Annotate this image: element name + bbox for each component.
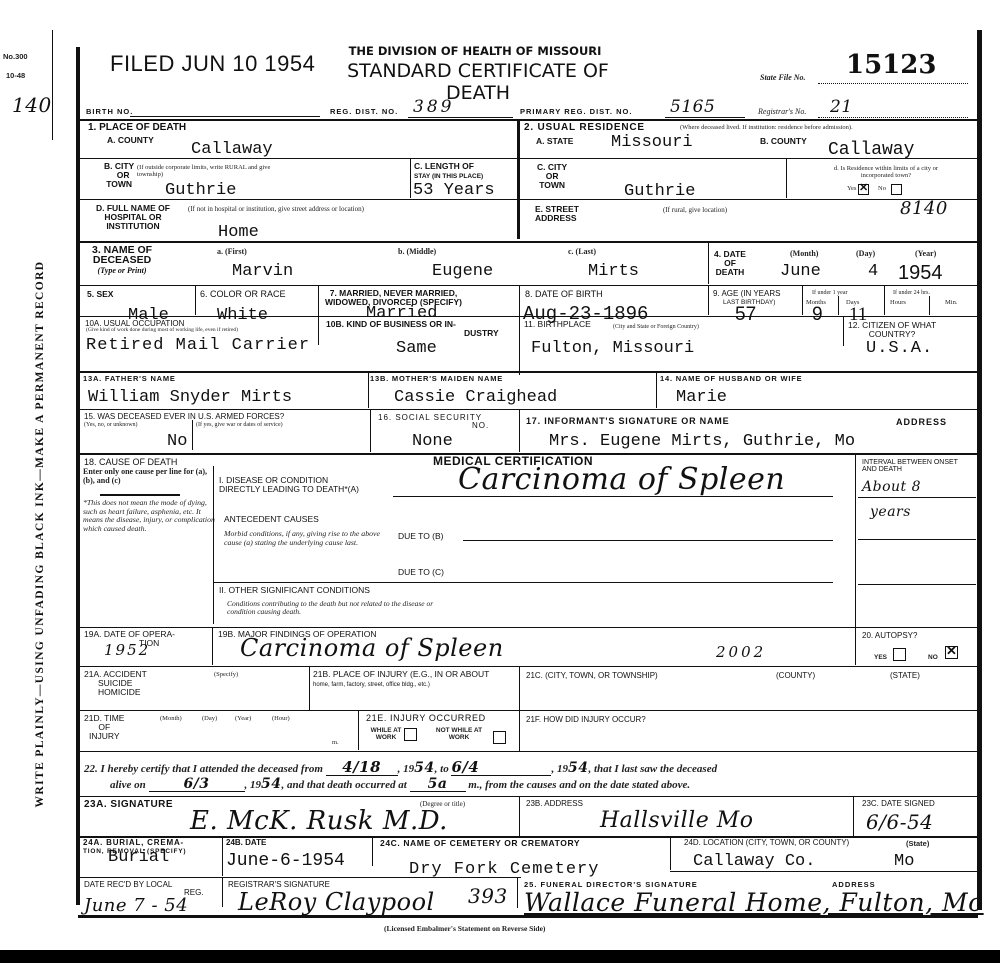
injury-occurred-label: 21e. INJURY OCCURRED	[366, 714, 486, 723]
hospital-label: d. FULL NAME OFHOSPITAL ORINSTITUTION	[96, 204, 170, 231]
date-signed-value: 6/6-54	[866, 812, 933, 832]
injury-day-label: (Day)	[202, 716, 217, 723]
under-24-hrs-label: If under 24 hrs.	[893, 290, 930, 296]
cert-alive-date: 6/3	[149, 777, 245, 792]
min-label: Min.	[945, 300, 957, 307]
signature-label: 23a. SIGNATURE	[84, 800, 173, 811]
accident-specify-label: (Specify)	[214, 672, 238, 679]
autopsy-yes-checkbox[interactable]	[893, 648, 906, 661]
date-recd-value: June 7 - 54	[84, 897, 188, 915]
death-day-value: 4	[868, 263, 878, 280]
ssn-label: 16. SOCIAL SECURITYNO.	[378, 414, 489, 431]
division-heading: THE DIVISION OF HEALTH OF MISSOURI	[340, 44, 610, 58]
residence-label: 2. USUAL RESIDENCE	[524, 123, 645, 134]
other-conditions-label: II. OTHER SIGNIFICANT CONDITIONS	[219, 586, 370, 595]
stay-value: 53 Years	[413, 182, 495, 199]
armed-forces-note-1: (Yes, no, or unknown)	[84, 422, 138, 428]
first-name-label: a. (First)	[217, 248, 247, 256]
due-to-c-label: DUE TO (c)	[398, 568, 444, 577]
citizen-value: U.S.A.	[866, 340, 933, 357]
hospital-note: (If not in hospital or institution, give…	[188, 206, 364, 213]
other-conditions-note: Conditions contributing to the death but…	[227, 600, 447, 617]
birth-no-label: BIRTH NO.	[86, 108, 133, 116]
cert-time: 5a	[410, 777, 466, 792]
autopsy-yes-label: YES	[874, 655, 887, 662]
pod-city-label: b. CITYORTOWN	[104, 162, 134, 189]
ssn-value: None	[412, 433, 453, 450]
degree-label: (Degree or title)	[420, 801, 465, 808]
cause-footnote: *This does not mean the mode of dying, s…	[83, 499, 215, 534]
registrar-no-label: Registrar's No.	[758, 108, 806, 117]
occupation-note: (Give kind of work done during most of w…	[86, 328, 316, 334]
informant-value: Mrs. Eugene Mirts, Guthrie, Mo	[549, 433, 855, 450]
death-date-label: 4. DATEOFDEATH	[714, 250, 746, 277]
accident-label: 21a. ACCIDENTSUICIDEHOMICIDE	[84, 670, 147, 697]
check-mark-icon: ✕	[859, 181, 868, 194]
injury-time-label: 21d. TIMEOFINJURY	[84, 714, 124, 741]
name-label: 3. NAME OFDECEASED (Type or Print)	[92, 246, 152, 276]
injury-place-label: 21b. PLACE OF INJURY (e.g., in or abouth…	[313, 670, 489, 688]
burial-state-label: (State)	[906, 840, 929, 848]
autopsy-no-checkbox[interactable]: ✕	[945, 646, 958, 659]
cert-from-date: 4/18	[326, 760, 398, 776]
citizen-label: 12. CITIZEN OF WHATCOUNTRY?	[848, 321, 936, 339]
cemetery-label: 24c. NAME OF CEMETERY OR CREMATORY	[380, 839, 580, 848]
margin-rule	[52, 30, 53, 140]
cert-line-2: alive on 6/3, 1954, and that death occur…	[110, 777, 690, 792]
physician-address-label: 23b. ADDRESS	[526, 800, 583, 808]
disease-label: I. DISEASE OR CONDITIONDIRECTLY LEADING …	[219, 476, 359, 494]
limits-yes-checkbox[interactable]: ✕	[858, 184, 869, 195]
autopsy-label: 20. AUTOPSY?	[862, 632, 917, 640]
reg-dist-label: REG. DIST. NO.	[330, 108, 398, 116]
primary-reg-value: 5165	[670, 99, 715, 116]
cause-instruction: Enter only one cause per line for (a), (…	[83, 468, 215, 486]
interval-label: INTERVAL BETWEEN ONSET AND DEATH	[862, 459, 972, 473]
cert-to-date: 6/4	[451, 760, 551, 776]
form-right-border	[977, 30, 982, 910]
occupation-value: Retired Mail Carrier	[86, 337, 310, 354]
form-number: No.300	[3, 53, 28, 61]
autopsy-no-label: NO	[928, 655, 938, 662]
stay-label: c. LENGTH OFSTAY (in this place)	[414, 162, 483, 181]
check-mark-icon: ✕	[946, 643, 957, 659]
spouse-label: 14. NAME OF HUSBAND OR WIFE	[660, 375, 802, 383]
res-state-value: Missouri	[611, 134, 693, 151]
death-month-label: (Month)	[790, 250, 818, 258]
father-value: William Snyder Mirts	[88, 389, 292, 406]
burial-type-value: Burial	[108, 849, 169, 866]
due-to-b-label: DUE TO (b)	[398, 532, 444, 541]
antecedent-label: ANTECEDENT CAUSES	[224, 515, 319, 524]
margin-note: 140	[12, 95, 52, 115]
registrar-number: 393	[468, 886, 508, 906]
age-months-value: 9	[812, 305, 823, 324]
hours-label: Hours	[890, 300, 906, 307]
registrar-signature: LeRoy Claypool	[238, 890, 435, 914]
cemetery-value: Dry Fork Cemetery	[409, 861, 599, 878]
not-while-at-work-label: NOT WHILE AT WORK	[428, 728, 490, 742]
sex-label: 5. SEX	[87, 290, 113, 299]
last-name-label: c. (Last)	[568, 248, 596, 256]
pod-county-value: Callaway	[191, 141, 273, 158]
res-city-label: c. CITYORTOWN	[537, 163, 567, 190]
physician-signature: E. McK. Rusk M.D.	[190, 808, 448, 834]
registrar-no-value: 21	[830, 99, 853, 116]
hospital-value: Home	[218, 224, 259, 241]
state-file-label: State File No.	[760, 74, 806, 83]
injury-month-label: (Month)	[160, 716, 182, 723]
filed-stamp: FILED JUN 10 1954	[110, 51, 315, 77]
antecedent-note: Morbid conditions, if any, giving rise t…	[224, 530, 399, 547]
how-injury-label: 21f. HOW DID INJURY OCCUR?	[526, 716, 646, 724]
residence-note: (Where deceased lived. If institution: r…	[680, 125, 976, 132]
death-month-value: June	[780, 263, 821, 280]
mother-value: Cassie Craighead	[394, 389, 557, 406]
primary-reg-label: PRIMARY REG. DIST. NO.	[520, 108, 632, 116]
birthplace-label: 11. BIRTHPLACE	[524, 320, 591, 329]
birthplace-value: Fulton, Missouri	[531, 340, 694, 357]
op-findings-value: Carcinoma of Spleen	[240, 636, 504, 660]
business-value: Same	[396, 340, 437, 357]
armed-forces-label: 15. WAS DECEASED EVER IN U.S. ARMED FORC…	[84, 413, 284, 421]
burial-state-value: Mo	[894, 853, 914, 870]
res-street-hand-note: 8140	[900, 200, 948, 218]
race-label: 6. COLOR OR RACE	[200, 290, 286, 299]
form-revision: 10-48	[6, 72, 25, 80]
dob-label: 8. DATE OF BIRTH	[525, 290, 603, 299]
pod-county-label: a. COUNTY	[107, 136, 154, 145]
date-signed-label: 23c. DATE SIGNED	[862, 800, 935, 808]
pod-city-value: Guthrie	[165, 182, 236, 199]
interval-value-2: years	[870, 505, 911, 519]
injury-year-label: (Year)	[235, 716, 251, 723]
death-year-value: 1954	[898, 263, 943, 283]
injury-county-label: (COUNTY)	[776, 672, 815, 680]
footer-note: (Licensed Embalmer's Statement on Revers…	[384, 925, 545, 933]
pod-city-note: (If outside corporate limits, write RURA…	[137, 165, 277, 179]
cert-to-year: 54	[568, 760, 588, 776]
bottom-black-band	[0, 950, 1000, 963]
injury-city-label: 21c. (CITY, TOWN, OR TOWNSHIP)	[526, 672, 658, 680]
injury-m-label: m.	[332, 740, 339, 747]
funeral-director-signature: Wallace Funeral Home, Fulton, Mo	[524, 890, 984, 915]
burial-date-label: 24b. DATE	[226, 839, 266, 847]
res-street-note: (If rural, give location)	[663, 207, 727, 214]
reg-dist-value: 389	[413, 99, 454, 116]
while-at-work-label: WHILE AT WORK	[368, 728, 404, 742]
mother-label: 13b. MOTHER'S MAIDEN NAME	[370, 375, 503, 383]
op-date-value: 1952	[104, 643, 150, 658]
under-1-year-label: If under 1 year	[812, 290, 847, 296]
middle-name-value: Eugene	[432, 263, 493, 280]
age-years-value: 57	[735, 305, 756, 324]
cause-a-value: Carcinoma of Spleen	[458, 465, 785, 495]
limits-no-checkbox[interactable]	[891, 184, 902, 195]
margin-vertical-text: WRITE PLAINLY—USING UNFADING BLACK INK—M…	[34, 204, 46, 864]
res-county-label: b. COUNTY	[760, 137, 807, 146]
injury-state-label: (STATE)	[890, 672, 920, 680]
cert-line-1: 22. I hereby certify that I attended the…	[84, 760, 717, 776]
interval-value-1: About 8	[862, 480, 921, 494]
op-code-value: 2002	[716, 645, 766, 660]
burial-date-value: June-6-1954	[226, 852, 345, 870]
physician-address: Hallsville Mo	[600, 810, 754, 832]
injury-hour-label: (Hour)	[272, 716, 290, 723]
res-street-label: e. STREETADDRESS	[535, 205, 579, 223]
res-county-value: Callaway	[828, 141, 914, 159]
father-label: 13a. FATHER'S NAME	[83, 375, 176, 383]
while-at-work-checkbox[interactable]	[404, 728, 417, 741]
not-while-at-work-checkbox[interactable]	[493, 731, 506, 744]
limits-yes-label: Yes	[847, 186, 856, 193]
burial-location-label: 24d. LOCATION (City, town, or county)	[684, 839, 849, 847]
res-state-label: a. STATE	[536, 137, 573, 146]
cert-from-year: 54	[414, 760, 434, 776]
informant-label: 17. INFORMANT'S SIGNATURE OR NAME	[526, 417, 729, 426]
limits-question: d. Is Residence within limits of a city …	[820, 166, 952, 180]
cert-alive-year: 54	[261, 776, 281, 792]
first-name-value: Marvin	[232, 263, 293, 280]
limits-no-label: No	[878, 186, 886, 193]
death-year-label: (Year)	[915, 250, 936, 258]
last-name-value: Mirts	[588, 263, 639, 280]
certificate-title: STANDARD CERTIFICATE OF DEATH	[318, 60, 638, 104]
res-city-value: Guthrie	[624, 183, 695, 200]
spouse-value: Marie	[676, 389, 727, 406]
form-left-border	[76, 47, 80, 905]
state-file-number: 15123	[846, 50, 936, 80]
place-of-death-label: 1. PLACE OF DEATH	[88, 123, 186, 134]
death-day-label: (Day)	[856, 250, 875, 258]
middle-name-label: b. (Middle)	[398, 248, 436, 256]
armed-forces-note-2: (If yes, give war or dates of service)	[196, 422, 283, 428]
birthplace-note: (City and State or Foreign Country)	[613, 324, 699, 330]
burial-location-value: Callaway Co.	[693, 853, 815, 870]
business-label: 10b. KIND OF BUSINESS OR IN-DUSTRY	[326, 320, 516, 338]
informant-address-label: ADDRESS	[896, 418, 947, 427]
armed-forces-value: No	[167, 433, 187, 450]
